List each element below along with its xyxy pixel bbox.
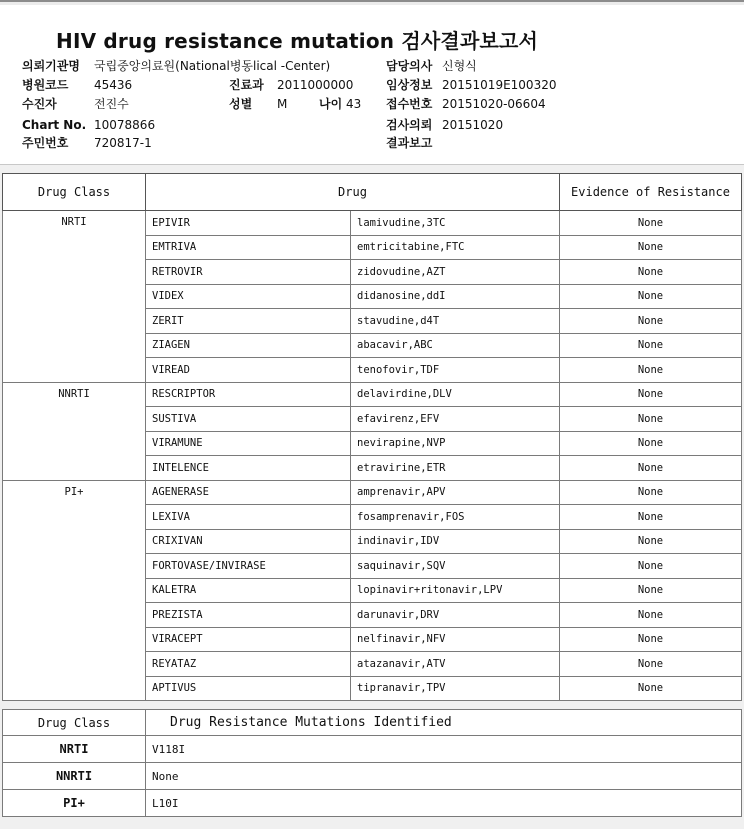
age-value: 43: [346, 97, 361, 112]
institution-field: 의뢰기관명국립중앙의료원(National병동lical -Center): [22, 59, 330, 74]
brand-name-cell: APTIVUS: [146, 676, 351, 701]
evidence-cell: None: [560, 235, 742, 260]
request-label: 검사의뢰: [386, 118, 442, 133]
generic-name-cell: etravirine,ETR: [351, 456, 560, 481]
brand-name-cell: EMTRIVA: [146, 235, 351, 260]
mutation-value: None: [146, 763, 742, 790]
report-header: HIV drug resistance mutation 검사결과보고서 의뢰기…: [0, 5, 744, 164]
brand-name-cell: VIDEX: [146, 284, 351, 309]
result-field: 결과보고: [386, 136, 442, 151]
age-label: 나이: [319, 97, 346, 112]
result-label: 결과보고: [386, 136, 442, 151]
evidence-cell: None: [560, 407, 742, 432]
evidence-cell: None: [560, 333, 742, 358]
generic-name-cell: darunavir,DRV: [351, 603, 560, 628]
mutation-class: PI+: [3, 790, 146, 817]
header-drug: Drug: [146, 174, 560, 211]
brand-name-cell: AGENERASE: [146, 480, 351, 505]
table-row: PI+AGENERASEamprenavir,APVNone: [3, 480, 742, 505]
brand-name-cell: KALETRA: [146, 578, 351, 603]
brand-name-cell: VIRAMUNE: [146, 431, 351, 456]
generic-name-cell: didanosine,ddI: [351, 284, 560, 309]
brand-name-cell: FORTOVASE/INVIRASE: [146, 554, 351, 579]
table-row: PI+ L10I: [3, 790, 742, 817]
request-value: 20151020: [442, 118, 503, 133]
chart-field: Chart No.10078866: [22, 118, 155, 133]
resident-field: 주민번호720817-1: [22, 136, 152, 151]
generic-name-cell: indinavir,IDV: [351, 529, 560, 554]
institution-value: 국립중앙의료원(National병동lical -Center): [94, 59, 330, 74]
chart-value: 10078866: [94, 118, 155, 133]
clinical-value: 20151019E100320: [442, 78, 556, 93]
generic-name-cell: abacavir,ABC: [351, 333, 560, 358]
generic-name-cell: atazanavir,ATV: [351, 652, 560, 677]
header-evidence: Evidence of Resistance: [560, 174, 742, 211]
section-divider: [0, 164, 744, 172]
drug-table-body: NRTIEPIVIRlamivudine,3TCNoneEMTRIVAemtri…: [3, 211, 742, 701]
brand-name-cell: VIRACEPT: [146, 627, 351, 652]
evidence-cell: None: [560, 578, 742, 603]
evidence-cell: None: [560, 211, 742, 236]
evidence-cell: None: [560, 431, 742, 456]
patient-field: 수진자전진수: [22, 97, 129, 112]
generic-name-cell: delavirdine,DLV: [351, 382, 560, 407]
evidence-cell: None: [560, 627, 742, 652]
institution-label: 의뢰기관명: [22, 59, 94, 74]
brand-name-cell: REYATAZ: [146, 652, 351, 677]
resident-label: 주민번호: [22, 136, 94, 151]
sex-value: M: [277, 97, 319, 112]
evidence-cell: None: [560, 284, 742, 309]
generic-name-cell: tipranavir,TPV: [351, 676, 560, 701]
drug-class-cell: NRTI: [3, 211, 146, 383]
clinical-label: 임상정보: [386, 78, 442, 93]
evidence-cell: None: [560, 676, 742, 701]
patient-label: 수진자: [22, 97, 94, 112]
brand-name-cell: INTELENCE: [146, 456, 351, 481]
evidence-cell: None: [560, 382, 742, 407]
evidence-cell: None: [560, 554, 742, 579]
department-label: 진료과: [229, 78, 277, 93]
brand-name-cell: RESCRIPTOR: [146, 382, 351, 407]
brand-name-cell: SUSTIVA: [146, 407, 351, 432]
header-drug-class: Drug Class: [3, 710, 146, 736]
hospital-code-value: 45436: [94, 78, 132, 93]
report-title: HIV drug resistance mutation 검사결과보고서: [56, 25, 538, 54]
mutation-class: NRTI: [3, 736, 146, 763]
brand-name-cell: PREZISTA: [146, 603, 351, 628]
drug-class-cell: PI+: [3, 480, 146, 701]
drug-class-cell: NNRTI: [3, 382, 146, 480]
brand-name-cell: VIREAD: [146, 358, 351, 383]
department-value: 2011000000: [277, 78, 353, 93]
table-row: NRTIEPIVIRlamivudine,3TCNone: [3, 211, 742, 236]
receipt-value: 20151020-06604: [442, 97, 546, 112]
table-header-row: Drug Class Drug Evidence of Resistance: [3, 174, 742, 211]
doctor-value: 신형식: [442, 59, 477, 74]
generic-name-cell: lopinavir+ritonavir,LPV: [351, 578, 560, 603]
table-row: NNRTI None: [3, 763, 742, 790]
table-row: NRTI V118I: [3, 736, 742, 763]
mutation-value: L10I: [146, 790, 742, 817]
doctor-label: 담당의사: [386, 59, 442, 74]
request-field: 검사의뢰20151020: [386, 118, 503, 133]
generic-name-cell: amprenavir,APV: [351, 480, 560, 505]
department-field: 진료과2011000000: [229, 78, 353, 93]
hospital-code-field: 병원코드45436: [22, 78, 132, 93]
clinical-field: 임상정보20151019E100320: [386, 78, 556, 93]
receipt-field: 접수번호20151020-06604: [386, 97, 546, 112]
evidence-cell: None: [560, 309, 742, 334]
evidence-cell: None: [560, 456, 742, 481]
generic-name-cell: lamivudine,3TC: [351, 211, 560, 236]
mutation-table: Drug Class Drug Resistance Mutations Ide…: [2, 709, 742, 817]
generic-name-cell: efavirenz,EFV: [351, 407, 560, 432]
mutation-value: V118I: [146, 736, 742, 763]
brand-name-cell: LEXIVA: [146, 505, 351, 530]
drug-resistance-table: Drug Class Drug Evidence of Resistance N…: [2, 173, 742, 701]
table-header-row: Drug Class Drug Resistance Mutations Ide…: [3, 710, 742, 736]
resident-value: 720817-1: [94, 136, 152, 151]
generic-name-cell: zidovudine,AZT: [351, 260, 560, 285]
evidence-cell: None: [560, 480, 742, 505]
evidence-cell: None: [560, 260, 742, 285]
receipt-label: 접수번호: [386, 97, 442, 112]
evidence-cell: None: [560, 358, 742, 383]
hospital-code-label: 병원코드: [22, 78, 94, 93]
table-row: NNRTIRESCRIPTORdelavirdine,DLVNone: [3, 382, 742, 407]
generic-name-cell: saquinavir,SQV: [351, 554, 560, 579]
mutation-class: NNRTI: [3, 763, 146, 790]
evidence-cell: None: [560, 652, 742, 677]
sex-label: 성별: [229, 97, 277, 112]
evidence-cell: None: [560, 505, 742, 530]
sex-field: 성별M나이43: [229, 97, 361, 112]
generic-name-cell: stavudine,d4T: [351, 309, 560, 334]
generic-name-cell: nelfinavir,NFV: [351, 627, 560, 652]
evidence-cell: None: [560, 603, 742, 628]
chart-label: Chart No.: [22, 118, 94, 133]
doctor-field: 담당의사신형식: [386, 59, 477, 74]
patient-value: 전진수: [94, 97, 129, 112]
brand-name-cell: ZIAGEN: [146, 333, 351, 358]
generic-name-cell: fosamprenavir,FOS: [351, 505, 560, 530]
evidence-cell: None: [560, 529, 742, 554]
header-mutations: Drug Resistance Mutations Identified: [146, 710, 742, 736]
generic-name-cell: nevirapine,NVP: [351, 431, 560, 456]
brand-name-cell: ZERIT: [146, 309, 351, 334]
brand-name-cell: RETROVIR: [146, 260, 351, 285]
header-drug-class: Drug Class: [3, 174, 146, 211]
brand-name-cell: CRIXIVAN: [146, 529, 351, 554]
section-divider: [0, 702, 744, 709]
generic-name-cell: tenofovir,TDF: [351, 358, 560, 383]
brand-name-cell: EPIVIR: [146, 211, 351, 236]
generic-name-cell: emtricitabine,FTC: [351, 235, 560, 260]
